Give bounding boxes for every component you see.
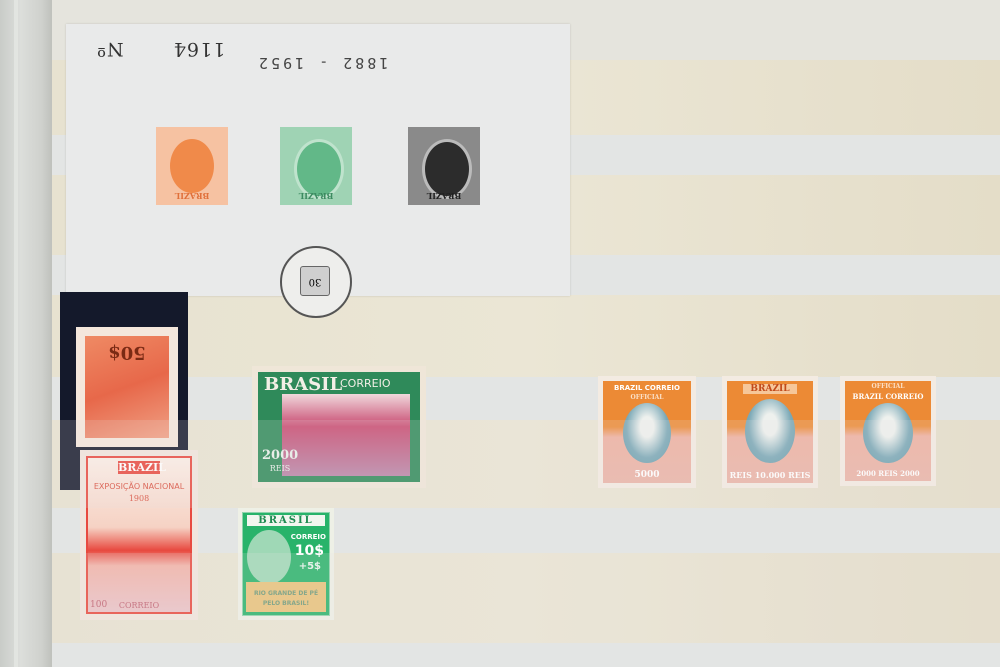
strip-white [52, 643, 1000, 667]
stamp-sub: BRAZIL CORREIO [845, 392, 931, 401]
stamp-sub: OFFICIAL [603, 394, 691, 401]
anniversary-years: 1882 - 1952 [256, 54, 388, 72]
binding-edge [14, 0, 18, 667]
mini-stamp-orange: BRAZIL [156, 127, 228, 205]
stamp-header: BRAZIL CORREIO [603, 384, 691, 392]
serial-number: 1164 Nº [96, 38, 225, 60]
glassine-sleeve [52, 553, 1000, 643]
stamp-country: BRASIL [264, 374, 342, 395]
stamp-header: CORREIO [340, 377, 390, 390]
mini-stamp-green: BRAZIL [280, 127, 352, 205]
stamp-header: OFFICIAL [845, 383, 931, 390]
stamp-denomination: 50$ [85, 342, 169, 363]
glassine-sleeve [52, 420, 1000, 508]
album-binding [0, 0, 52, 667]
club-seal: 30 [280, 246, 352, 318]
mini-stamp-black: BRAZIL [408, 127, 480, 205]
stamp-header: CORREIO [291, 533, 326, 541]
seal-center: 30 [300, 266, 330, 296]
souvenir-sheet[interactable]: 1164 Nº 1882 - 1952 BRAZIL BRAZIL BRAZIL… [66, 24, 570, 296]
strip-cream [52, 295, 1000, 377]
stamp-header: BRAZIL [743, 384, 797, 394]
stamp-country: BRASIL [247, 515, 325, 526]
